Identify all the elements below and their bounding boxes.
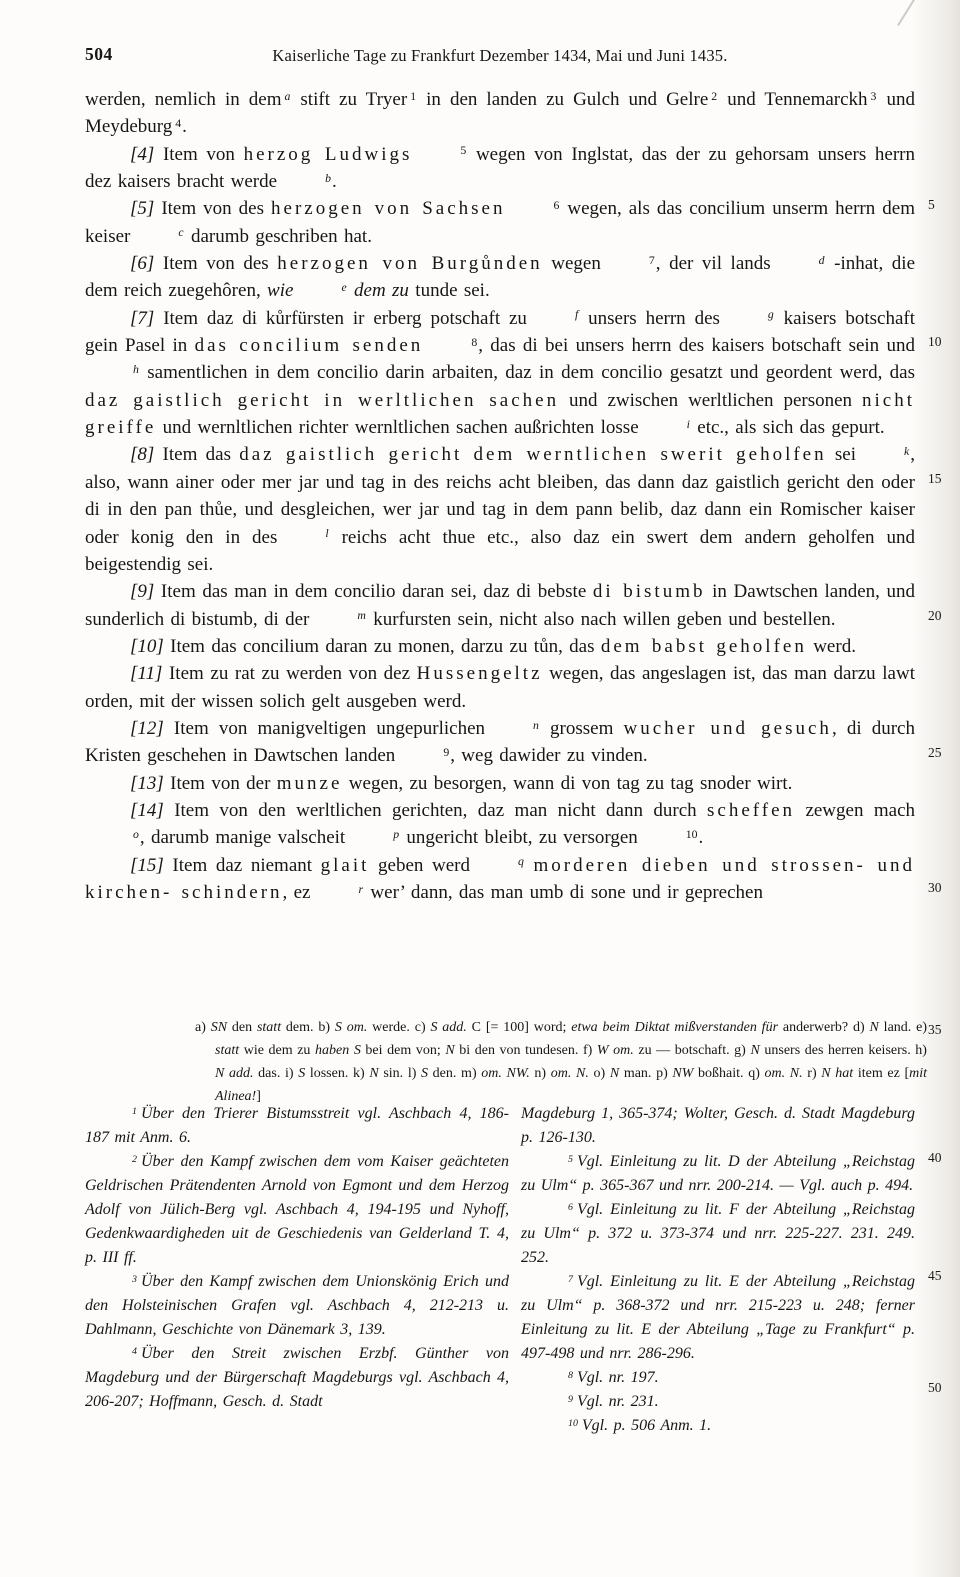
apparatus-text: a) SN den statt dem. b) S om. werde. c) … [195, 1016, 927, 1108]
paragraph: [10] Item das concilium daran zu monen, … [85, 633, 915, 660]
footnotes-right-column: Magdeburg 1, 365-374; Wolter, Gesch. d. … [521, 1102, 915, 1438]
footnote: 8Vgl. nr. 197. [521, 1366, 915, 1390]
margin-line-number: 30 [928, 880, 942, 896]
margin-line-number: 15 [928, 471, 942, 487]
paragraph: [5] Item von des herzogen von Sachsen6 w… [85, 195, 915, 250]
paragraph: [12] Item von manigveltigen ungepurliche… [85, 715, 915, 770]
footnote: 7Vgl. Einleitung zu lit. E der Abteilung… [521, 1270, 915, 1366]
footnotes-left-column: 1Über den Trierer Bistumsstreit vgl. Asc… [85, 1102, 509, 1414]
margin-line-number: 25 [928, 745, 942, 761]
footnote-continuation: Magdeburg 1, 365-374; Wolter, Gesch. d. … [521, 1102, 915, 1150]
paragraph: werden, nemlich in dema stift zu Tryer1 … [85, 86, 915, 141]
main-text: werden, nemlich in dema stift zu Tryer1 … [85, 86, 915, 906]
paragraph: [14] Item von den werltlichen gerichten,… [85, 797, 915, 852]
footnote: 3Über den Kampf zwischen dem Unionskönig… [85, 1270, 509, 1342]
margin-line-number: 40 [928, 1150, 942, 1166]
paragraph: [11] Item zu rat zu werden von dez Husse… [85, 660, 915, 715]
footnote: 2Über den Kampf zwischen dem vom Kaiser … [85, 1150, 509, 1270]
running-title: Kaiserliche Tage zu Frankfurt Dezember 1… [85, 46, 915, 66]
footnote: 4Über den Streit zwischen Erzbf. Günther… [85, 1342, 509, 1414]
margin-line-number: 45 [928, 1268, 942, 1284]
margin-line-number: 10 [928, 334, 942, 350]
paragraph: [8] Item das daz gaistlich gericht dem w… [85, 441, 915, 578]
paragraph: [4] Item von herzog Ludwigs5 wegen von I… [85, 141, 915, 196]
footnote: 10Vgl. p. 506 Anm. 1. [521, 1414, 915, 1438]
footnote: 5Vgl. Einleitung zu lit. D der Abteilung… [521, 1150, 915, 1198]
footnote: 9Vgl. nr. 231. [521, 1390, 915, 1414]
margin-line-number: 5 [928, 197, 935, 213]
margin-line-number: 50 [928, 1380, 942, 1396]
margin-line-number: 35 [928, 1022, 942, 1038]
book-page: 504 Kaiserliche Tage zu Frankfurt Dezemb… [0, 0, 960, 1577]
paragraph: [9] Item das man in dem concilio daran s… [85, 578, 915, 633]
footnote: 6Vgl. Einleitung zu lit. F der Abteilung… [521, 1198, 915, 1270]
margin-line-number: 20 [928, 608, 942, 624]
footnote: 1Über den Trierer Bistumsstreit vgl. Asc… [85, 1102, 509, 1150]
paragraph: [7] Item daz di kůrfürsten ir erberg pot… [85, 305, 915, 442]
paragraph: [13] Item von der munze wegen, zu besorg… [85, 770, 915, 797]
paragraph: [15] Item daz niemant glait geben werdq … [85, 852, 915, 907]
scan-crease-mark [897, 0, 917, 26]
paragraph: [6] Item von des herzogen von Burgůnden … [85, 250, 915, 305]
